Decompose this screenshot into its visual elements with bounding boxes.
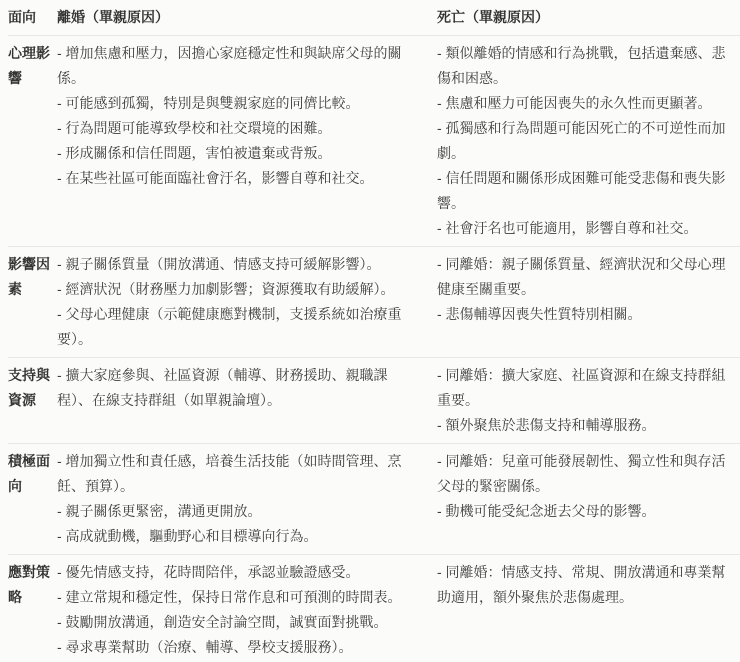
column-header-death: 死亡（單親原因）	[437, 5, 733, 30]
table-row: 影響因素 - 親子關係質量（開放溝通、情感支持可緩解影響）。- 經濟狀況（財務壓…	[8, 246, 740, 357]
bullet-item: - 經濟狀況（財務壓力加劇影響；資源獲取有助緩解）。	[57, 277, 403, 302]
row-label: 心理影響	[8, 41, 57, 241]
bullet-item: - 擴大家庭參與、社區資源（輔導、財務援助、親職課程）、在線支持群組（如單親論壇…	[57, 363, 403, 413]
table-row: 積極面向 - 增加獨立性和責任感，培養生活技能（如時間管理、烹飪、預算）。- 親…	[8, 443, 740, 554]
row-label: 影響因素	[8, 252, 57, 352]
bullet-item: - 焦慮和壓力可能因喪失的永久性而更顯著。	[437, 91, 733, 116]
comparison-table: 面向 離婚（單親原因） 死亡（單親原因） 心理影響 - 增加焦慮和壓力，因擔心家…	[0, 0, 740, 662]
bullet-item: - 悲傷輔導因喪失性質特別相關。	[437, 302, 733, 327]
bullet-item: - 增加焦慮和壓力，因擔心家庭穩定性和與缺席父母的關係。	[57, 41, 403, 91]
divorce-cell: - 優先情感支持，花時間陪伴，承認並驗證感受。- 建立常規和穩定性，保持日常作息…	[57, 560, 437, 660]
bullet-item: - 高成就動機，驅動野心和目標導向行為。	[57, 524, 403, 549]
divorce-cell: - 增加焦慮和壓力，因擔心家庭穩定性和與缺席父母的關係。- 可能感到孤獨，特別是…	[57, 41, 437, 241]
bullet-item: - 同離婚：兒童可能發展韌性、獨立性和與存活父母的緊密關係。	[437, 449, 733, 499]
bullet-item: - 同離婚：情感支持、常規、開放溝通和專業幫助適用，額外聚焦於悲傷處理。	[437, 560, 733, 610]
divorce-cell: - 增加獨立性和責任感，培養生活技能（如時間管理、烹飪、預算）。- 親子關係更緊…	[57, 449, 437, 549]
death-cell: - 同離婚：兒童可能發展韌性、獨立性和與存活父母的緊密關係。- 動機可能受紀念逝…	[437, 449, 733, 549]
bullet-item: - 同離婚：擴大家庭、社區資源和在線支持群組重要。	[437, 363, 733, 413]
divorce-cell: - 擴大家庭參與、社區資源（輔導、財務援助、親職課程）、在線支持群組（如單親論壇…	[57, 363, 437, 438]
row-label: 應對策略	[8, 560, 57, 660]
table-body: 心理影響 - 增加焦慮和壓力，因擔心家庭穩定性和與缺席父母的關係。- 可能感到孤…	[8, 35, 740, 662]
bullet-item: - 可能感到孤獨，特別是與雙親家庭的同儕比較。	[57, 91, 403, 116]
death-cell: - 同離婚：擴大家庭、社區資源和在線支持群組重要。- 額外聚焦於悲傷支持和輔導服…	[437, 363, 733, 438]
bullet-item: - 增加獨立性和責任感，培養生活技能（如時間管理、烹飪、預算）。	[57, 449, 403, 499]
table-row: 心理影響 - 增加焦慮和壓力，因擔心家庭穩定性和與缺席父母的關係。- 可能感到孤…	[8, 35, 740, 246]
bullet-item: - 額外聚焦於悲傷支持和輔導服務。	[437, 413, 733, 438]
table-row: 支持與資源 - 擴大家庭參與、社區資源（輔導、財務援助、親職課程）、在線支持群組…	[8, 357, 740, 443]
bullet-item: - 孤獨感和行為問題可能因死亡的不可逆性而加劇。	[437, 116, 733, 166]
divorce-cell: - 親子關係質量（開放溝通、情感支持可緩解影響）。- 經濟狀況（財務壓力加劇影響…	[57, 252, 437, 352]
bullet-item: - 信任問題和關係形成困難可能受悲傷和喪失影響。	[437, 166, 733, 216]
table-row: 應對策略 - 優先情感支持，花時間陪伴，承認並驗證感受。- 建立常規和穩定性，保…	[8, 554, 740, 662]
bullet-item: - 父母心理健康（示範健康應對機制，支援系統如治療重要）。	[57, 302, 403, 352]
bullet-item: - 鼓勵開放溝通，創造安全討論空間，誠實面對挑戰。	[57, 610, 403, 635]
bullet-item: - 在某些社區可能面臨社會汙名，影響自尊和社交。	[57, 166, 403, 191]
death-cell: - 同離婚：情感支持、常規、開放溝通和專業幫助適用，額外聚焦於悲傷處理。	[437, 560, 733, 660]
death-cell: - 同離婚：親子關係質量、經濟狀況和父母心理健康至關重要。- 悲傷輔導因喪失性質…	[437, 252, 733, 352]
bullet-item: - 親子關係質量（開放溝通、情感支持可緩解影響）。	[57, 252, 403, 277]
column-header-aspect: 面向	[8, 5, 57, 30]
bullet-item: - 優先情感支持，花時間陪伴，承認並驗證感受。	[57, 560, 403, 585]
bullet-item: - 社會汙名也可能適用，影響自尊和社交。	[437, 216, 733, 241]
bullet-item: - 行為問題可能導致學校和社交環境的困難。	[57, 116, 403, 141]
bullet-item: - 動機可能受紀念逝去父母的影響。	[437, 499, 733, 524]
page: { "colors": { "background": "#fbfbfa", "…	[0, 0, 740, 662]
table-header-row: 面向 離婚（單親原因） 死亡（單親原因）	[8, 0, 740, 35]
row-label: 積極面向	[8, 449, 57, 549]
bullet-item: - 同離婚：親子關係質量、經濟狀況和父母心理健康至關重要。	[437, 252, 733, 302]
death-cell: - 類似離婚的情感和行為挑戰，包括遺棄感、悲傷和困惑。- 焦慮和壓力可能因喪失的…	[437, 41, 733, 241]
bullet-item: - 類似離婚的情感和行為挑戰，包括遺棄感、悲傷和困惑。	[437, 41, 733, 91]
bullet-item: - 尋求專業幫助（治療、輔導、學校支援服務）。	[57, 635, 403, 660]
row-label: 支持與資源	[8, 363, 57, 438]
bullet-item: - 形成關係和信任問題，害怕被遺棄或背叛。	[57, 141, 403, 166]
bullet-item: - 建立常規和穩定性，保持日常作息和可預測的時間表。	[57, 585, 403, 610]
bullet-item: - 親子關係更緊密，溝通更開放。	[57, 499, 403, 524]
column-header-divorce: 離婚（單親原因）	[57, 5, 437, 30]
